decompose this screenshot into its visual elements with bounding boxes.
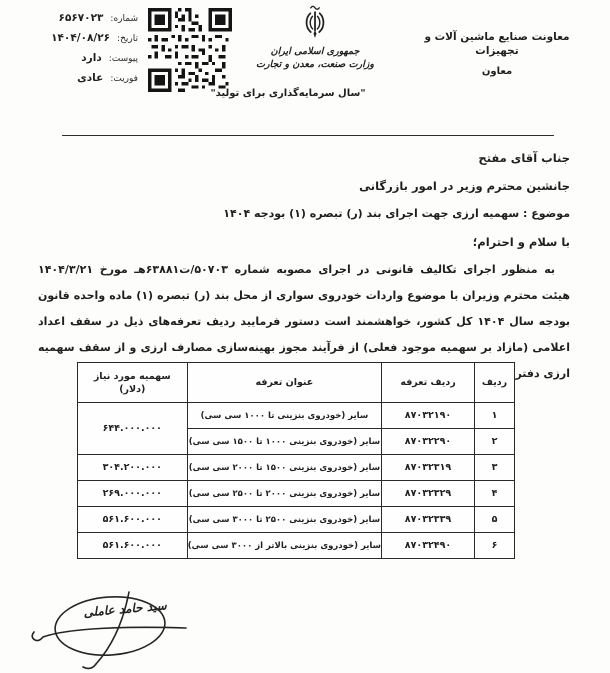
cell-title: سایر (خودروی بنزینی تا ۱۰۰۰ سی سی) bbox=[187, 403, 381, 429]
number-value: ۶۵۶۷۰۲۳ bbox=[59, 12, 104, 24]
cell-no: ۱ bbox=[475, 403, 515, 429]
org-block: معاونت صنایع ماشین آلات و تجهیزات معاون bbox=[402, 30, 592, 77]
letter-page: شماره: ۶۵۶۷۰۲۳ تاریخ: ۱۴۰۴/۰۸/۲۶ پیوست: … bbox=[0, 0, 610, 673]
header-code: ردیف تعرفه bbox=[382, 363, 475, 403]
cell-code: ۸۷۰۳۲۳۱۹ bbox=[382, 455, 475, 481]
letterhead-center: جمهوری اسلامی ایران وزارت صنعت، معدن و ت… bbox=[253, 4, 377, 71]
table-row: ۶ ۸۷۰۳۲۴۹۰ سایر (خودروی بنزینی بالاتر از… bbox=[77, 533, 514, 559]
cell-title: سایر (خودروی بنزینی ۱۵۰۰ تا ۲۰۰۰ سی سی) bbox=[187, 455, 381, 481]
cell-no: ۵ bbox=[475, 507, 515, 533]
cell-title: سایر (خودروی بنزینی ۱۰۰۰ تا ۱۵۰۰ سی سی) bbox=[187, 429, 381, 455]
number-label: شماره: bbox=[110, 14, 138, 24]
header-row-no: ردیف bbox=[475, 363, 515, 403]
cell-code: ۸۷۰۳۲۳۲۹ bbox=[382, 481, 475, 507]
urgency-value: عادی bbox=[77, 72, 103, 84]
attachment-label: پیوست: bbox=[109, 54, 138, 64]
cell-no: ۴ bbox=[475, 481, 515, 507]
attachment-value: دارد bbox=[81, 52, 101, 64]
date-label: تاریخ: bbox=[117, 34, 138, 44]
table-row: ۱ ۸۷۰۳۲۱۹۰ سایر (خودروی بنزینی تا ۱۰۰۰ س… bbox=[77, 403, 514, 429]
cell-quota: ۵۶۱.۶۰۰.۰۰۰ bbox=[77, 533, 187, 559]
signature-scribble-icon bbox=[28, 576, 193, 671]
salutation: با سلام و احترام؛ bbox=[38, 228, 570, 256]
signature-block: سید حامد عاملی bbox=[28, 576, 193, 671]
cell-title: سایر (خودروی بنزینی بالاتر از ۳۰۰۰ سی سی… bbox=[187, 533, 381, 559]
gov-name-line1: جمهوری اسلامی ایران bbox=[253, 45, 377, 58]
table-row: ۵ ۸۷۰۳۲۳۳۹ سایر (خودروی بنزینی ۲۵۰۰ تا ۳… bbox=[77, 507, 514, 533]
meta-number: شماره: ۶۵۶۷۰۲۳ bbox=[16, 12, 138, 24]
table-header-row: ردیف ردیف تعرفه عنوان تعرفه سهمیه مورد ن… bbox=[77, 363, 514, 403]
addressee-title: جانشین محترم وزیر در امور بازرگانی bbox=[38, 172, 570, 200]
cell-quota-merged: ۶۴۴.۰۰۰.۰۰۰ bbox=[77, 403, 187, 455]
cell-code: ۸۷۰۳۲۲۹۰ bbox=[382, 429, 475, 455]
letter-meta: شماره: ۶۵۶۷۰۲۳ تاریخ: ۱۴۰۴/۰۸/۲۶ پیوست: … bbox=[16, 12, 138, 92]
letter-body: جناب آقای مفتح جانشین محترم وزیر در امور… bbox=[38, 144, 570, 387]
org-unit: معاونت صنایع ماشین آلات و تجهیزات bbox=[402, 30, 592, 58]
cell-title: سایر (خودروی بنزینی ۲۰۰۰ تا ۲۵۰۰ سی سی) bbox=[187, 481, 381, 507]
iran-emblem-icon bbox=[298, 4, 332, 44]
cell-no: ۶ bbox=[475, 533, 515, 559]
table-row: ۳ ۸۷۰۳۲۳۱۹ سایر (خودروی بنزینی ۱۵۰۰ تا ۲… bbox=[77, 455, 514, 481]
subject-line: موضوع : سهمیه ارزی جهت اجرای بند (ر) تبص… bbox=[38, 200, 570, 228]
qr-code-icon bbox=[146, 8, 234, 92]
cell-code: ۸۷۰۳۲۱۹۰ bbox=[382, 403, 475, 429]
cell-code: ۸۷۰۳۲۳۳۹ bbox=[382, 507, 475, 533]
cell-quota: ۵۶۱.۶۰۰.۰۰۰ bbox=[77, 507, 187, 533]
cell-code: ۸۷۰۳۲۴۹۰ bbox=[382, 533, 475, 559]
meta-urgency: فوریت: عادی bbox=[16, 72, 138, 84]
header-quota-line1: سهمیه مورد نیاز bbox=[78, 370, 187, 383]
cell-title: سایر (خودروی بنزینی ۲۵۰۰ تا ۳۰۰۰ سی سی) bbox=[187, 507, 381, 533]
table-row: ۴ ۸۷۰۳۲۳۲۹ سایر (خودروی بنزینی ۲۰۰۰ تا ۲… bbox=[77, 481, 514, 507]
cell-no: ۳ bbox=[475, 455, 515, 481]
meta-attachment: پیوست: دارد bbox=[16, 52, 138, 64]
cell-quota: ۳۰۴.۲۰۰.۰۰۰ bbox=[77, 455, 187, 481]
meta-date: تاریخ: ۱۴۰۴/۰۸/۲۶ bbox=[16, 32, 138, 44]
tariff-table-wrap: ردیف ردیف تعرفه عنوان تعرفه سهمیه مورد ن… bbox=[77, 362, 515, 559]
year-motto: "سال سرمایه‌گذاری برای تولید" bbox=[168, 88, 408, 99]
header-quota: سهمیه مورد نیاز (دلار) bbox=[77, 363, 187, 403]
header-divider bbox=[62, 135, 554, 136]
header-title: عنوان تعرفه bbox=[187, 363, 381, 403]
tariff-table: ردیف ردیف تعرفه عنوان تعرفه سهمیه مورد ن… bbox=[77, 362, 515, 559]
cell-no: ۲ bbox=[475, 429, 515, 455]
gov-name-line2: وزارت صنعت، معدن و تجارت bbox=[253, 58, 377, 71]
date-value: ۱۴۰۴/۰۸/۲۶ bbox=[51, 32, 110, 44]
urgency-label: فوریت: bbox=[110, 74, 138, 84]
addressee-name: جناب آقای مفتح bbox=[38, 144, 570, 172]
header-quota-line2: (دلار) bbox=[78, 383, 187, 396]
org-role: معاون bbox=[402, 66, 592, 77]
cell-quota: ۲۶۹.۰۰۰.۰۰۰ bbox=[77, 481, 187, 507]
